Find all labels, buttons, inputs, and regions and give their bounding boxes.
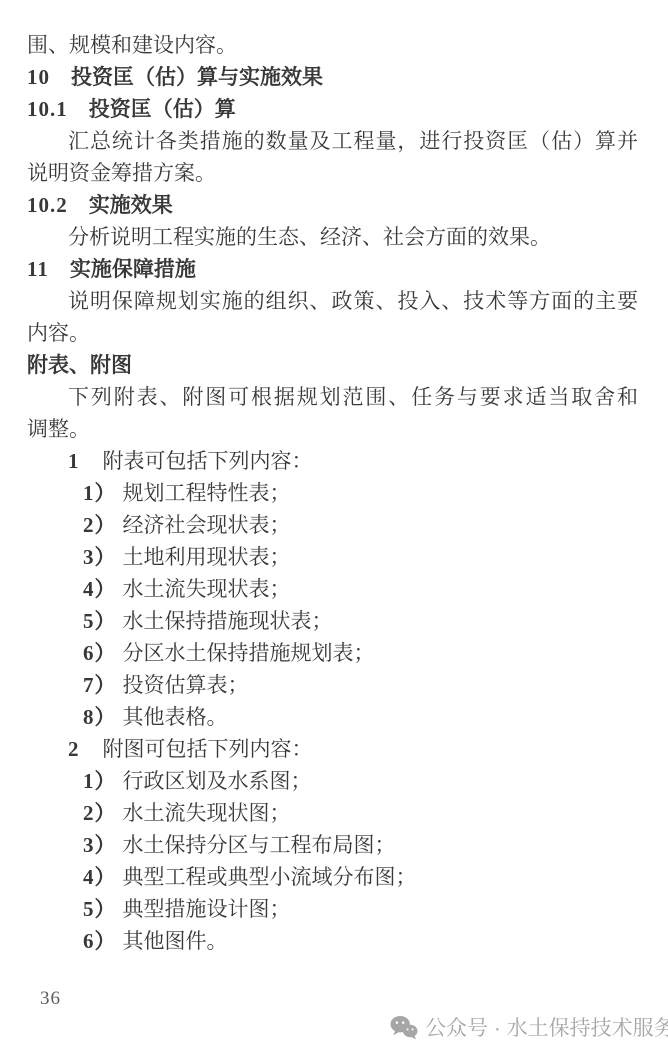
line-number: 1）: [83, 481, 117, 505]
line-number: 4）: [83, 865, 117, 889]
line-number: 3）: [83, 833, 117, 857]
line-text: 调整。: [27, 417, 90, 441]
line-number: 2: [68, 737, 80, 761]
line-number: 6）: [83, 929, 117, 953]
line-number: 5）: [83, 897, 117, 921]
line-text: 围、规模和建设内容。: [27, 33, 237, 57]
text-line: 附表、附图: [27, 349, 638, 381]
text-line: 6）其他图件。: [27, 925, 638, 957]
line-text: 说明资金筹措方案。: [27, 161, 216, 185]
line-text: 分析说明工程实施的生态、经济、社会方面的效果。: [68, 225, 551, 249]
text-line: 内容。: [27, 317, 638, 349]
line-number: 2）: [83, 513, 117, 537]
text-line: 说明保障规划实施的组织、政策、投入、技术等方面的主要: [27, 285, 638, 317]
line-text: 附图可包括下列内容：: [103, 737, 313, 761]
text-line: 汇总统计各类措施的数量及工程量，进行投资匡（估）算并: [27, 125, 638, 157]
watermark-text: 公众号 · 水土保持技术服务: [425, 1012, 668, 1042]
text-line: 围、规模和建设内容。: [27, 29, 638, 61]
line-text: 其他表格。: [123, 705, 228, 729]
line-text: 下列附表、附图可根据规划范围、任务与要求适当取舍和: [68, 385, 638, 409]
line-text: 实施保障措施: [70, 257, 196, 281]
line-text: 投资匡（估）算: [89, 97, 236, 121]
line-text: 说明保障规划实施的组织、政策、投入、技术等方面的主要: [68, 289, 638, 313]
watermark: 公众号 · 水土保持技术服务: [390, 1012, 668, 1042]
text-line: 2）水土流失现状图；: [27, 797, 638, 829]
line-number: 10: [27, 65, 50, 89]
text-line: 3）土地利用现状表；: [27, 541, 638, 573]
line-number: 4）: [83, 577, 117, 601]
line-text: 汇总统计各类措施的数量及工程量，进行投资匡（估）算并: [68, 129, 638, 153]
line-number: 11: [27, 257, 49, 281]
line-number: 8）: [83, 705, 117, 729]
line-number: 3）: [83, 545, 117, 569]
line-text: 分区水土保持措施规划表；: [123, 641, 375, 665]
line-number: 1: [68, 449, 80, 473]
line-number: 1）: [83, 769, 117, 793]
line-number: 7）: [83, 673, 117, 697]
text-line: 1附表可包括下列内容：: [27, 445, 638, 477]
text-line: 10.1投资匡（估）算: [27, 93, 638, 125]
line-number: 10.1: [27, 97, 68, 121]
wechat-icon: [390, 1015, 418, 1040]
line-number: 2）: [83, 801, 117, 825]
line-number: 10.2: [27, 193, 68, 217]
text-line: 3）水土保持分区与工程布局图；: [27, 829, 638, 861]
text-line: 2）经济社会现状表；: [27, 509, 638, 541]
text-line: 调整。: [27, 413, 638, 445]
line-number: 5）: [83, 609, 117, 633]
line-text: 其他图件。: [123, 929, 228, 953]
text-line: 10投资匡（估）算与实施效果: [27, 61, 638, 93]
line-text: 水土保持分区与工程布局图；: [123, 833, 396, 857]
line-text: 典型措施设计图；: [123, 897, 291, 921]
line-text: 投资匡（估）算与实施效果: [71, 65, 323, 89]
line-text: 经济社会现状表；: [123, 513, 291, 537]
text-line: 5）典型措施设计图；: [27, 893, 638, 925]
document-body: 围、规模和建设内容。10投资匡（估）算与实施效果10.1投资匡（估）算汇总统计各…: [27, 29, 638, 957]
page-number: 36: [40, 988, 61, 1010]
text-line: 11实施保障措施: [27, 253, 638, 285]
text-line: 4）水土流失现状表；: [27, 573, 638, 605]
line-text: 实施效果: [89, 193, 173, 217]
line-text: 投资估算表；: [123, 673, 249, 697]
line-text: 内容。: [27, 321, 90, 345]
document-page: 围、规模和建设内容。10投资匡（估）算与实施效果10.1投资匡（估）算汇总统计各…: [0, 0, 668, 1053]
text-line: 1）规划工程特性表；: [27, 477, 638, 509]
text-line: 下列附表、附图可根据规划范围、任务与要求适当取舍和: [27, 381, 638, 413]
text-line: 4）典型工程或典型小流域分布图；: [27, 861, 638, 893]
line-text: 规划工程特性表；: [123, 481, 291, 505]
line-text: 附表可包括下列内容：: [103, 449, 313, 473]
text-line: 10.2实施效果: [27, 189, 638, 221]
line-text: 土地利用现状表；: [123, 545, 291, 569]
line-text: 水土保持措施现状表；: [123, 609, 333, 633]
line-number: 6）: [83, 641, 117, 665]
text-line: 5）水土保持措施现状表；: [27, 605, 638, 637]
text-line: 7）投资估算表；: [27, 669, 638, 701]
line-text: 行政区划及水系图；: [123, 769, 312, 793]
line-text: 附表、附图: [27, 353, 132, 377]
text-line: 8）其他表格。: [27, 701, 638, 733]
text-line: 分析说明工程实施的生态、经济、社会方面的效果。: [27, 221, 638, 253]
line-text: 水土流失现状表；: [123, 577, 291, 601]
text-line: 1）行政区划及水系图；: [27, 765, 638, 797]
text-line: 说明资金筹措方案。: [27, 157, 638, 189]
line-text: 水土流失现状图；: [123, 801, 291, 825]
text-line: 6）分区水土保持措施规划表；: [27, 637, 638, 669]
line-text: 典型工程或典型小流域分布图；: [123, 865, 417, 889]
text-line: 2附图可包括下列内容：: [27, 733, 638, 765]
